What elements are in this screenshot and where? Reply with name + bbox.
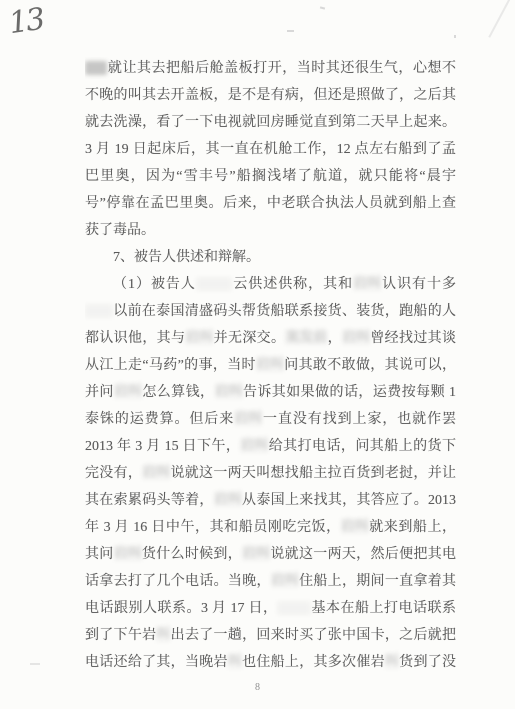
text-segment: 问其敢不敢做，其说可以， [284,358,456,373]
text-line: 年 3 月 16 日中午，其和船员刚吃完饭，岩叫就来到船上， [85,514,456,541]
text-line: 不晚的叫其去开盖板，是不是有病，但还是照做了，之后其 [85,82,456,109]
text-line: 话拿去打了几个电话。当晚，岩叫住船上，期间一直拿着其 [85,568,456,595]
text-segment: 以前在泰国清盛码头帮货船联系接货、装货，跑船的人 [113,304,456,319]
scan-speck [454,35,456,38]
text-segment: 2013 年 3 月 15 日下午， [85,439,240,454]
text-segment: 云供述供称，其和 [232,277,353,292]
scan-speck [287,30,294,32]
text-segment: 出去了一趟，回来时买了张中国卡，之后就把 [170,628,456,643]
redacted-text: 案发前 [285,331,327,345]
text-segment: 曾经找过其谈 [370,331,456,346]
text-segment: 说就这一两天，然后便把其电 [270,547,456,562]
redacted-text: 岩叫 [114,385,142,399]
text-segment: 巴里奥，因为“雪丰号”船搁浅堵了航道，就只能将“晨宇 [85,169,456,184]
text-segment: 号”停靠在孟巴里奥。后来，中老联合执法人员就到船上查 [85,196,456,211]
text-line: 都认识他，其与岩叫并无深交。案发前，岩叫曾经找过其谈 [85,325,456,352]
text-segment: 获了毒品。 [85,223,155,238]
text-line: 电话跟别人联系。3 月 17 日，基本在船上打电话联系人， [85,595,456,622]
scanned-document-page: 13 就让其去把船后舱盖板打开，当时其还很生气，心想不早不晚的叫其去开盖板，是不… [0,0,515,709]
text-line: 3 月 19 日起床后，其一直在机舱工作，12 点左右船到了孟 [85,136,456,163]
redacted-text: 岩叫 [341,520,369,534]
text-line: 7、被告人供述和辩解。 [85,244,456,271]
text-segment: 并问 [85,385,114,400]
text-segment: 电话还给了其，当晚岩 [85,655,228,670]
text-segment: 货到了没 [399,655,456,670]
text-segment: 从江上走“马药”的事，当时 [85,358,256,373]
text-line: 电话还给了其，当晚岩叫也住船上，其多次催岩叫货到了没 [85,649,456,676]
text-segment: 给其打电话，问其船上的货下 [268,439,456,454]
text-segment: 其在索累码头等着， [85,493,214,508]
text-line: 号”停靠在孟巴里奥。后来，中老联合执法人员就到船上查 [85,190,456,217]
redacted-text: 岩叫 [256,358,284,372]
redacted-text: 岩叫 [353,277,381,291]
text-line: （1）被告人云供述供称，其和岩叫认识有十多年， [85,271,456,298]
redacted-text: 岩叫 [240,439,268,453]
text-line: 完没有，岩叫说就这一两天叫想找船主拉百货到老挝，并让 [85,460,456,487]
scan-speck [320,6,325,9]
text-segment: 就让其去把船后舱盖板打开，当时其还很生气，心想不早 [85,61,456,82]
scan-speck [30,663,40,665]
redacted-text: 岩叫 [185,331,213,345]
redacted-text: 叫 [385,655,399,669]
text-line: 泰铢的运费算。但后来岩叫一直没有找到上家，也就作罢了。 [85,406,456,433]
text-segment: 话拿去打了几个电话。当晚， [85,574,271,589]
text-segment: 都认识他，其与 [85,331,185,346]
text-segment: 7、被告人供述和辩解。 [113,250,260,265]
text-segment: 告诉其如果做的话，运费按每颗 1 [243,385,457,400]
redacted-text: 叫 [228,655,242,669]
redacted-text [196,277,232,291]
text-segment: 住船上，期间一直拿着其 [299,574,456,589]
redacted-text: 岩叫 [242,547,270,561]
redacted-text [85,304,113,318]
text-line: 其问岩叫货什么时候到，岩叫说就这一两天，然后便把其电 [85,541,456,568]
text-segment: 年 3 月 16 日中午，其和船员刚吃完饭， [85,520,341,535]
text-line: 其在索累码头等着，岩叫从泰国上来找其，其答应了。2013 [85,487,456,514]
redacted-text: 岩叫 [142,466,170,480]
scan-corner-streak [488,0,511,38]
text-segment: 就来到船上， [369,520,456,535]
text-line: 就让其去把船后舱盖板打开，当时其还很生气，心想不早 [85,55,456,82]
text-segment: 3 月 19 日起床后，其一直在机舱工作，12 点左右船到了孟 [85,142,456,157]
text-line: 就去洗澡，看了一下电视就回房睡觉直到第二天早上起来。 [85,109,456,136]
text-segment: 怎么算钱， [142,385,215,400]
redacted-text: 岩叫 [215,385,243,399]
redacted-text: 岩叫 [234,412,262,426]
text-segment: 不晚的叫其去开盖板，是不是有病，但还是照做了，之后其 [85,88,456,103]
text-line: 获了毒品。 [85,217,456,244]
printed-page-number: 8 [0,682,515,693]
text-segment: 也住船上，其多次催岩 [242,655,385,670]
redacted-text: 岩叫 [271,574,299,588]
text-segment: 说就这一两天叫想找船主拉百货到老挝，并让 [170,466,456,481]
redacted-text: 叫 [156,628,170,642]
redacted-text [277,601,311,615]
redacted-text: 岩叫 [342,331,370,345]
text-line: 到了下午岩叫出去了一趟，回来时买了张中国卡，之后就把 [85,622,456,649]
text-segment: 到了下午岩 [85,628,156,643]
text-segment: 电话跟别人联系。3 月 17 日， [85,601,277,616]
text-segment: 从泰国上来找其，其答应了。2013 [242,493,456,508]
text-segment: ， [327,331,342,346]
text-segment: （1）被告人 [113,277,196,292]
text-line: 并问岩叫怎么算钱，岩叫告诉其如果做的话，运费按每颗 1 [85,379,456,406]
text-segment: 货什么时候到， [142,547,242,562]
text-segment: 并无深交。 [213,331,285,346]
text-segment: 泰铢的运费算。但后来 [85,412,234,427]
redacted-text: 岩叫 [114,547,142,561]
text-line: 以前在泰国清盛码头帮货船联系接货、装货，跑船的人 [85,298,456,325]
text-segment: 完没有， [85,466,142,481]
text-segment: 就去洗澡，看了一下电视就回房睡觉直到第二天早上起来。 [85,115,456,130]
text-segment: 其问 [85,547,114,562]
redacted-text [85,61,107,75]
text-line: 巴里奥，因为“雪丰号”船搁浅堵了航道，就只能将“晨宇 [85,163,456,190]
handwritten-page-number: 13 [7,2,46,41]
text-line: 2013 年 3 月 15 日下午，岩叫给其打电话，问其船上的货下 [85,433,456,460]
document-body: 就让其去把船后舱盖板打开，当时其还很生气，心想不早不晚的叫其去开盖板，是不是有病… [85,55,456,676]
text-line: 从江上走“马药”的事，当时岩叫问其敢不敢做，其说可以， [85,352,456,379]
redacted-text: 岩叫 [214,493,242,507]
